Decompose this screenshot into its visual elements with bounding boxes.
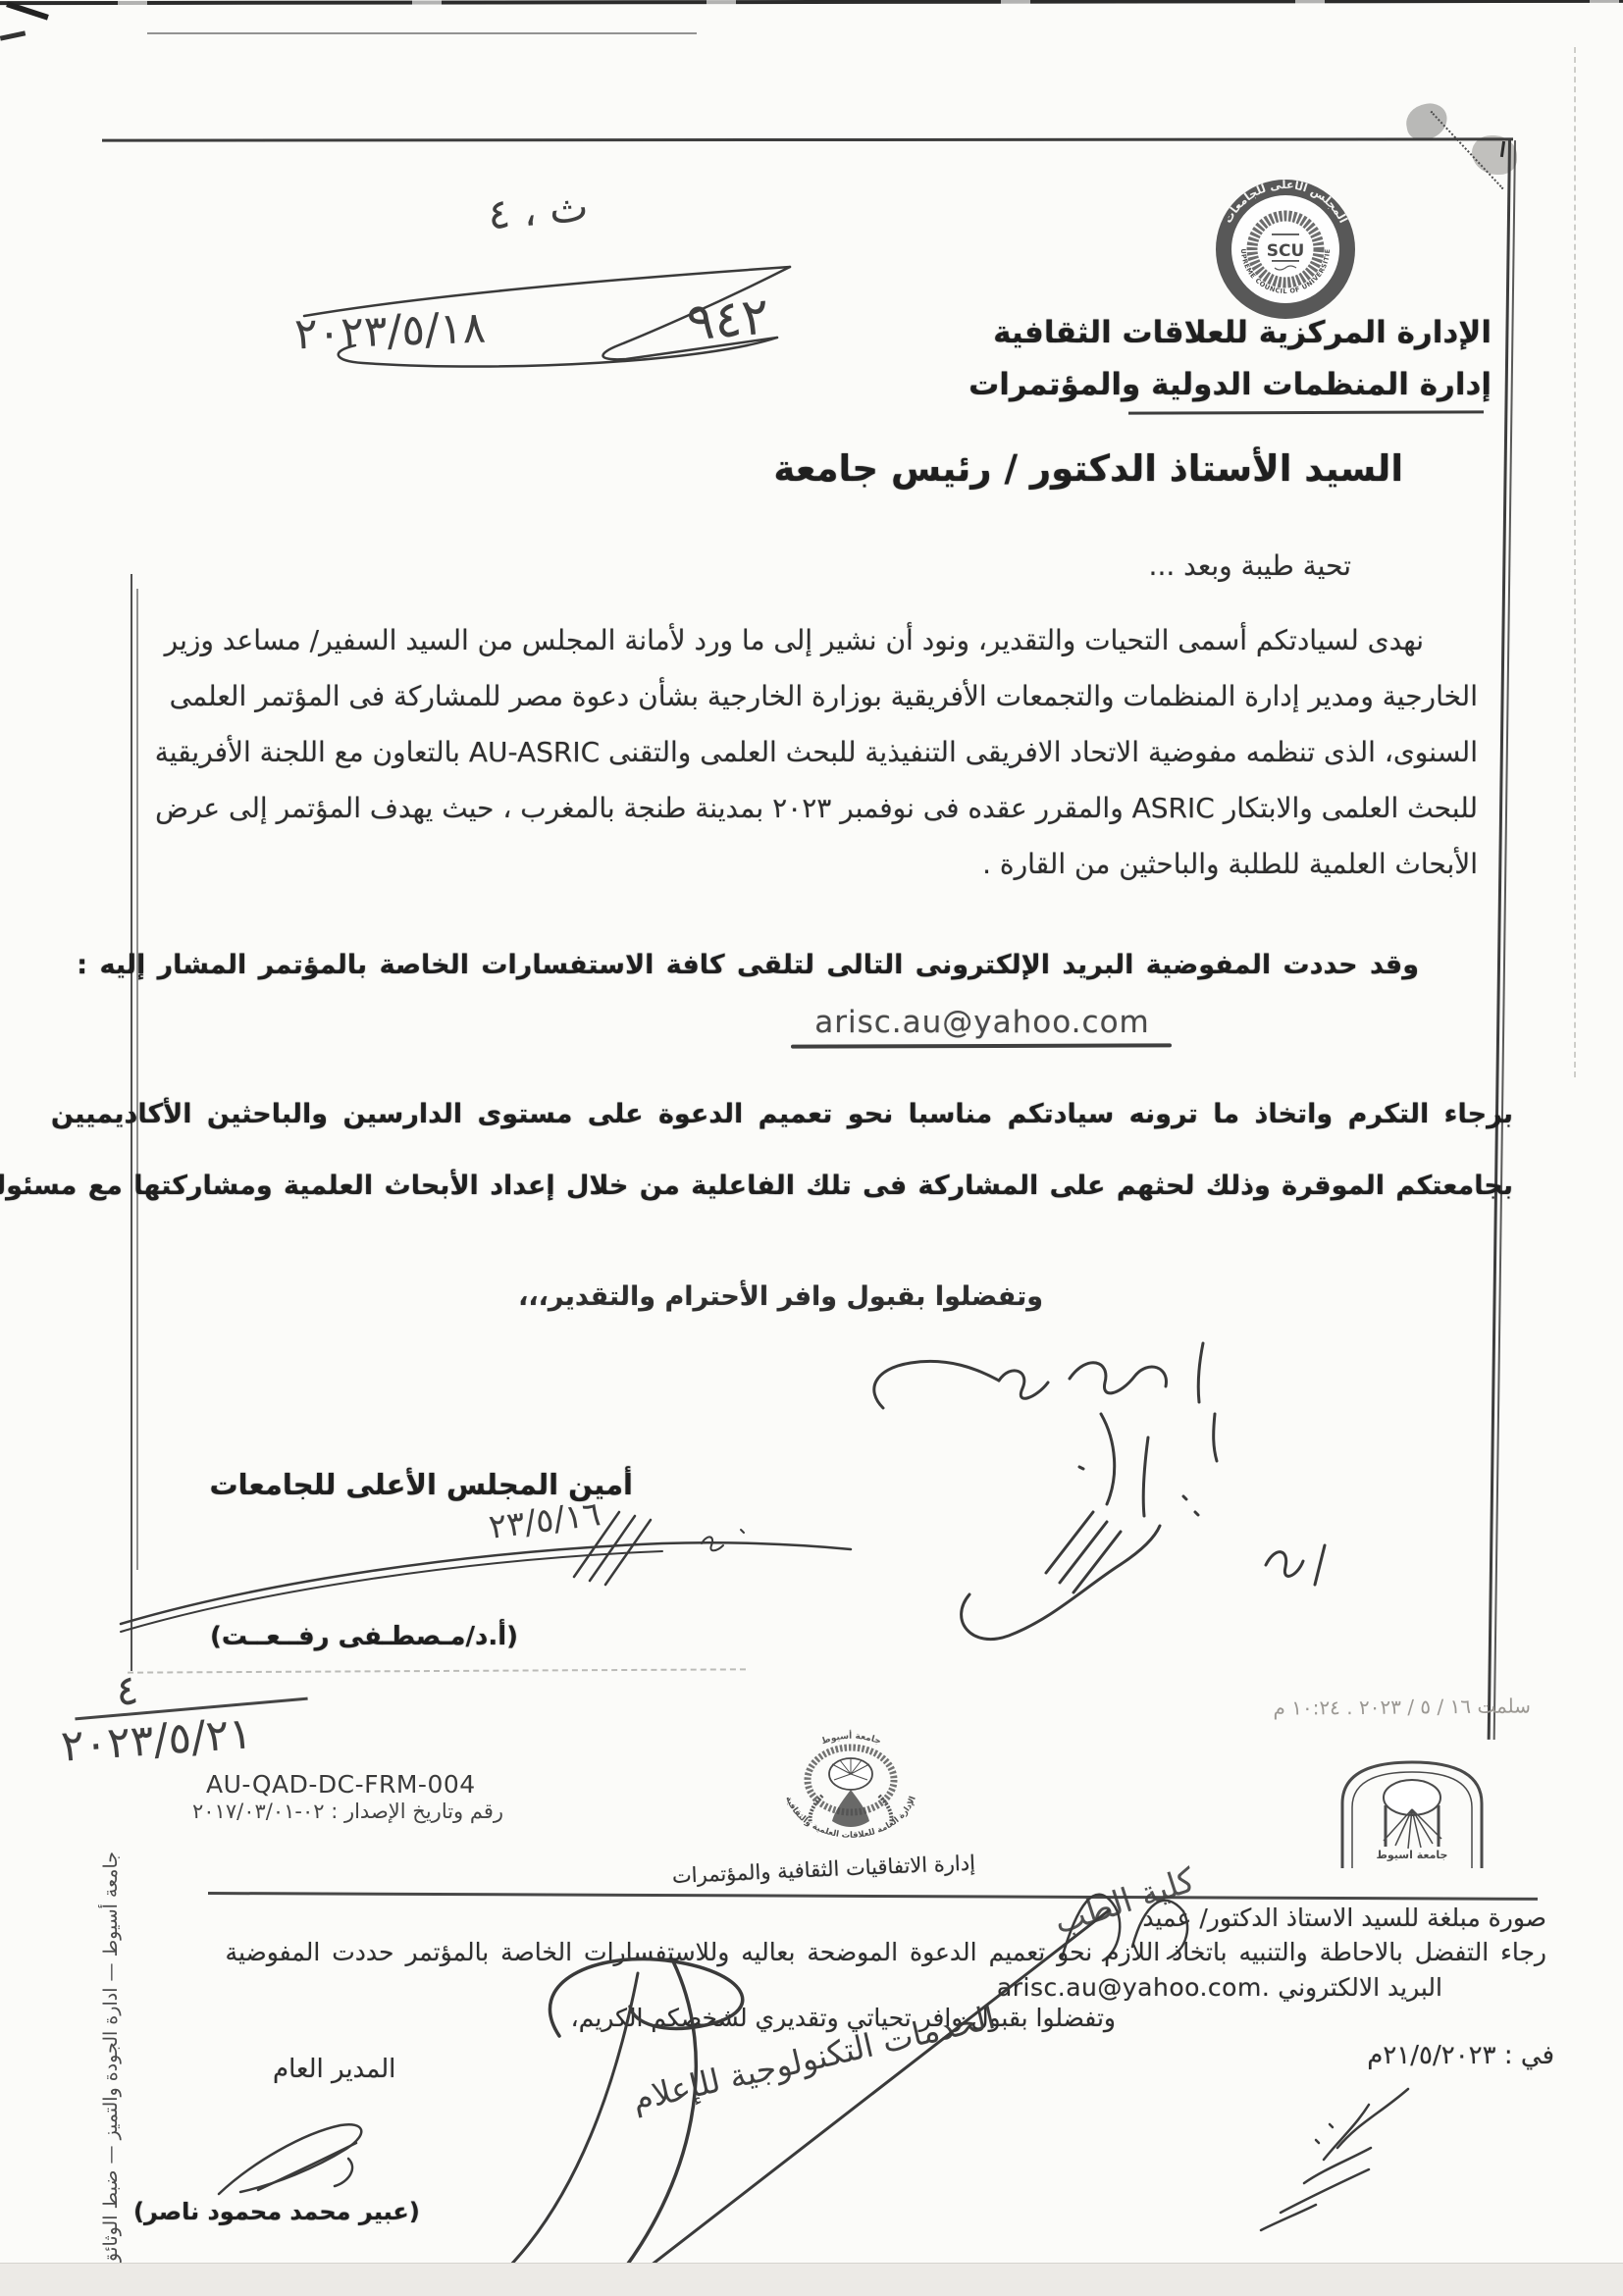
lotus-top-text: جامعة أسيوط — [820, 1730, 882, 1748]
body-line: الخارجية ومدير إدارة المنظمات والتجمعات … — [147, 672, 1478, 728]
frame-left-border-2 — [136, 589, 138, 1570]
body-line: السنوى، الذى تنظمه مفوضية الاتحاد الافري… — [147, 728, 1478, 784]
lotus-petal — [832, 1790, 869, 1827]
scan-top-edge-line — [0, 0, 1623, 5]
director-title: المدير العام — [273, 2055, 395, 2084]
frame-bottom-border — [128, 1668, 746, 1673]
assiut-university-stamp: جامعة اسيوط — [1327, 1752, 1498, 1872]
body-paragraph: نهدى لسيادتكم أسمى التحيات والتقدير، ونو… — [147, 616, 1478, 896]
request-line: برجاء التكرم واتخاذ ما ترونه سيادتكم منا… — [145, 1085, 1513, 1157]
scan-smudge — [1403, 101, 1450, 143]
seal-center-text: SCU — [1267, 241, 1305, 261]
request-line: بجامعتكم الموقرة وذلك لحثهم على المشاركة… — [145, 1157, 1513, 1228]
stamp-text: جامعة اسيوط — [1377, 1849, 1448, 1861]
form-issue: رقم وتاريخ الإصدار : ٠٢-٢٠١٧/٠٣/٠١ — [192, 1800, 503, 1823]
delivery-stamp-line: سلمت ١٦ / ٥ / ٢٠٢٣ . ١٠:٢٤ م — [1178, 1694, 1531, 1720]
scan-bottom-band — [0, 2263, 1623, 2296]
scan-right-page-edge — [1574, 47, 1576, 1077]
dept-line-1: الإدارة المركزية للعلاقات الثقافية — [993, 315, 1492, 350]
body-line: الأبحاث العلمية للطلبة والباحثين من القا… — [147, 840, 1478, 896]
handwritten-ref-date: ٢٠٢٣/٥/١٨ — [293, 303, 487, 360]
body-line: نهدى لسيادتكم أسمى التحيات والتقدير، ونو… — [147, 616, 1478, 672]
frame-top-border — [102, 137, 1513, 141]
handwritten-ref-number: ٩٤٢ — [685, 287, 772, 352]
signature-director — [201, 2100, 407, 2213]
body-line: للبحث العلمى والابتكار ASRIC والمقرر عقد… — [147, 784, 1478, 840]
scan-corner-mark-2 — [0, 30, 26, 40]
svg-text:جامعة أسيوط: جامعة أسيوط — [820, 1730, 882, 1748]
frame-right-border — [1488, 140, 1518, 1740]
dept-line-2: إدارة المنظمات الدولية والمؤتمرات — [969, 367, 1492, 402]
form-code: AU-QAD-DC-FRM-004 — [206, 1770, 476, 1799]
signer-name: (أ.د/مـصطـفى رفــعــت) — [224, 1622, 518, 1651]
scu-seal: المجلس الأعلى للجامعات SUPREME COUNCIL O… — [1190, 169, 1382, 331]
signature-large-bottom — [461, 1889, 1168, 2296]
director-name: (عبير محمد محمود ناصر) — [133, 2198, 420, 2225]
handwritten-initials — [1222, 2065, 1447, 2252]
sidebar-vertical-text: جامعة أسيوط — ادارة الجودة والتميز — ضبط… — [100, 1852, 122, 2288]
greeting: تحية طيبة وبعد ... — [1149, 549, 1351, 582]
copy-line-3-label: البريد الالكتروني — [1278, 1973, 1442, 2002]
salutation: السيد الأستاذ الدكتور / رئيس جامعة — [773, 447, 1403, 490]
assiut-lotus-emblem: جامعة أسيوط الإدارة العامة للعلاقات العل… — [765, 1719, 937, 1864]
dept-underline — [1128, 410, 1484, 414]
scan-top-edge-line-2 — [147, 32, 697, 34]
scanned-letter-page: { "seal": { "arc_top_ar": "المجلس الأعلى… — [0, 0, 1623, 2296]
closing-phrase: وتفضلوا بقبول وافر الأحترام والتقدير،،، — [518, 1281, 1043, 1312]
email-intro: وقد حددت المفوضية البريد الإلكترونى التا… — [77, 950, 1419, 980]
signature-secretary — [854, 1320, 1364, 1693]
email-address: arisc.au@yahoo.com — [800, 1005, 1165, 1040]
request-paragraph: برجاء التكرم واتخاذ ما ترونه سيادتكم منا… — [145, 1085, 1513, 1228]
email-underline — [791, 1043, 1172, 1048]
handwritten-mark: ث ، ٤ — [486, 183, 590, 239]
